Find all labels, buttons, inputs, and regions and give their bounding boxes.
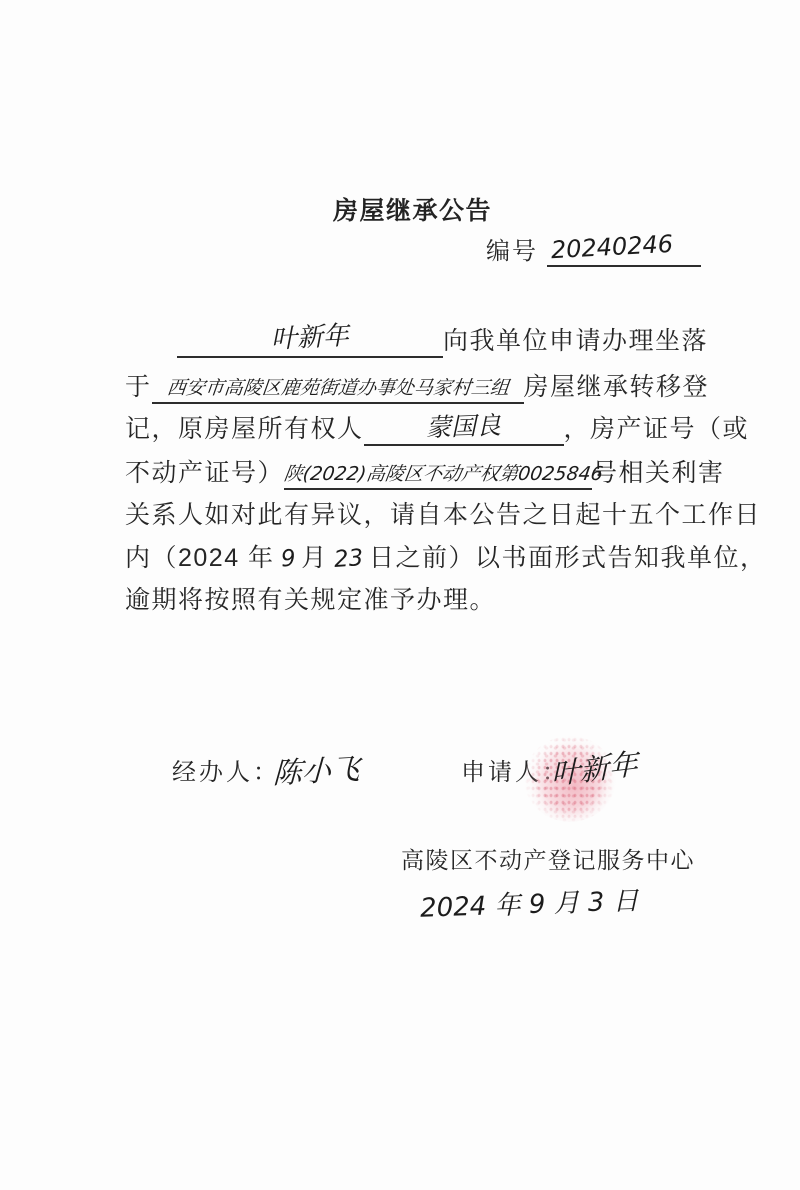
owner-name-fill: 蒙国良	[425, 411, 501, 444]
document-number-label: 编号	[486, 238, 538, 265]
owner-name-blank: 蒙国良	[364, 411, 564, 446]
certificate-no-fill: 陕(2022)高陵区不动产权第0025846	[282, 459, 605, 489]
body-line-5: 关系人如对此有异议，请自本公告之日起十五个工作日	[125, 498, 761, 532]
address-fill: 西安市高陵区鹿苑街道办事处马家村三组	[165, 373, 510, 403]
body-line-6-prefix: 内（2024 年	[125, 544, 275, 572]
body-line-3-suffix: ，房产证号（或	[564, 415, 750, 443]
handler-label: 经办人：	[172, 757, 280, 789]
body-line-6-mid: 月	[301, 544, 328, 572]
body-line-4-suffix: 号相关利害	[592, 459, 725, 487]
body-line-2-prefix: 于	[125, 373, 152, 401]
body-line-1-text: 向我单位申请办理坐落	[443, 327, 708, 355]
applicant-name-blank: 叶新年	[177, 323, 443, 358]
footer-date: 2024 年 9 月 3 日	[419, 880, 639, 925]
address-blank: 西安市高陵区鹿苑街道办事处马家村三组	[152, 369, 524, 404]
body-line-7: 逾期将按照有关规定准予办理。	[125, 583, 496, 617]
body-line-2-suffix: 房屋继承转移登	[524, 373, 710, 401]
body-line-1: 叶新年向我单位申请办理坐落	[125, 323, 708, 357]
body-line-3-prefix: 记，原房屋所有权人	[125, 415, 364, 443]
body-line-6: 内（2024 年9月23日之前）以书面形式告知我单位，	[125, 541, 767, 575]
document-number-underline: 20240246	[547, 236, 701, 267]
deadline-month-fill: 9	[273, 541, 302, 577]
body-line-7-text: 逾期将按照有关规定准予办理。	[125, 586, 496, 614]
body-line-4-prefix: 不动产证号）	[125, 459, 284, 487]
certificate-no-blank: 陕(2022)高陵区不动产权第0025846	[284, 455, 592, 490]
deadline-day-fill: 23	[327, 541, 371, 578]
body-line-6-suffix: 日之前）以书面形式告知我单位，	[369, 544, 767, 572]
document-number-row: 编号 20240246	[486, 236, 701, 266]
body-line-2: 于西安市高陵区鹿苑街道办事处马家村三组房屋继承转移登	[125, 369, 709, 403]
document-number-value: 20240246	[550, 231, 673, 263]
body-line-3: 记，原房屋所有权人蒙国良，房产证号（或	[125, 411, 749, 445]
handler-signature: 陈小飞	[272, 747, 360, 793]
footer-organization: 高陵区不动产登记服务中心	[401, 842, 695, 875]
body-line-4: 不动产证号）陕(2022)高陵区不动产权第0025846号相关利害	[125, 455, 725, 489]
document-page: 房屋继承公告 编号 20240246 叶新年向我单位申请办理坐落 于西安市高陵区…	[0, 0, 800, 1190]
body-line-5-text: 关系人如对此有异议，请自本公告之日起十五个工作日	[125, 501, 761, 529]
document-title: 房屋继承公告	[333, 191, 492, 227]
applicant-name-fill: 叶新年	[270, 321, 349, 355]
